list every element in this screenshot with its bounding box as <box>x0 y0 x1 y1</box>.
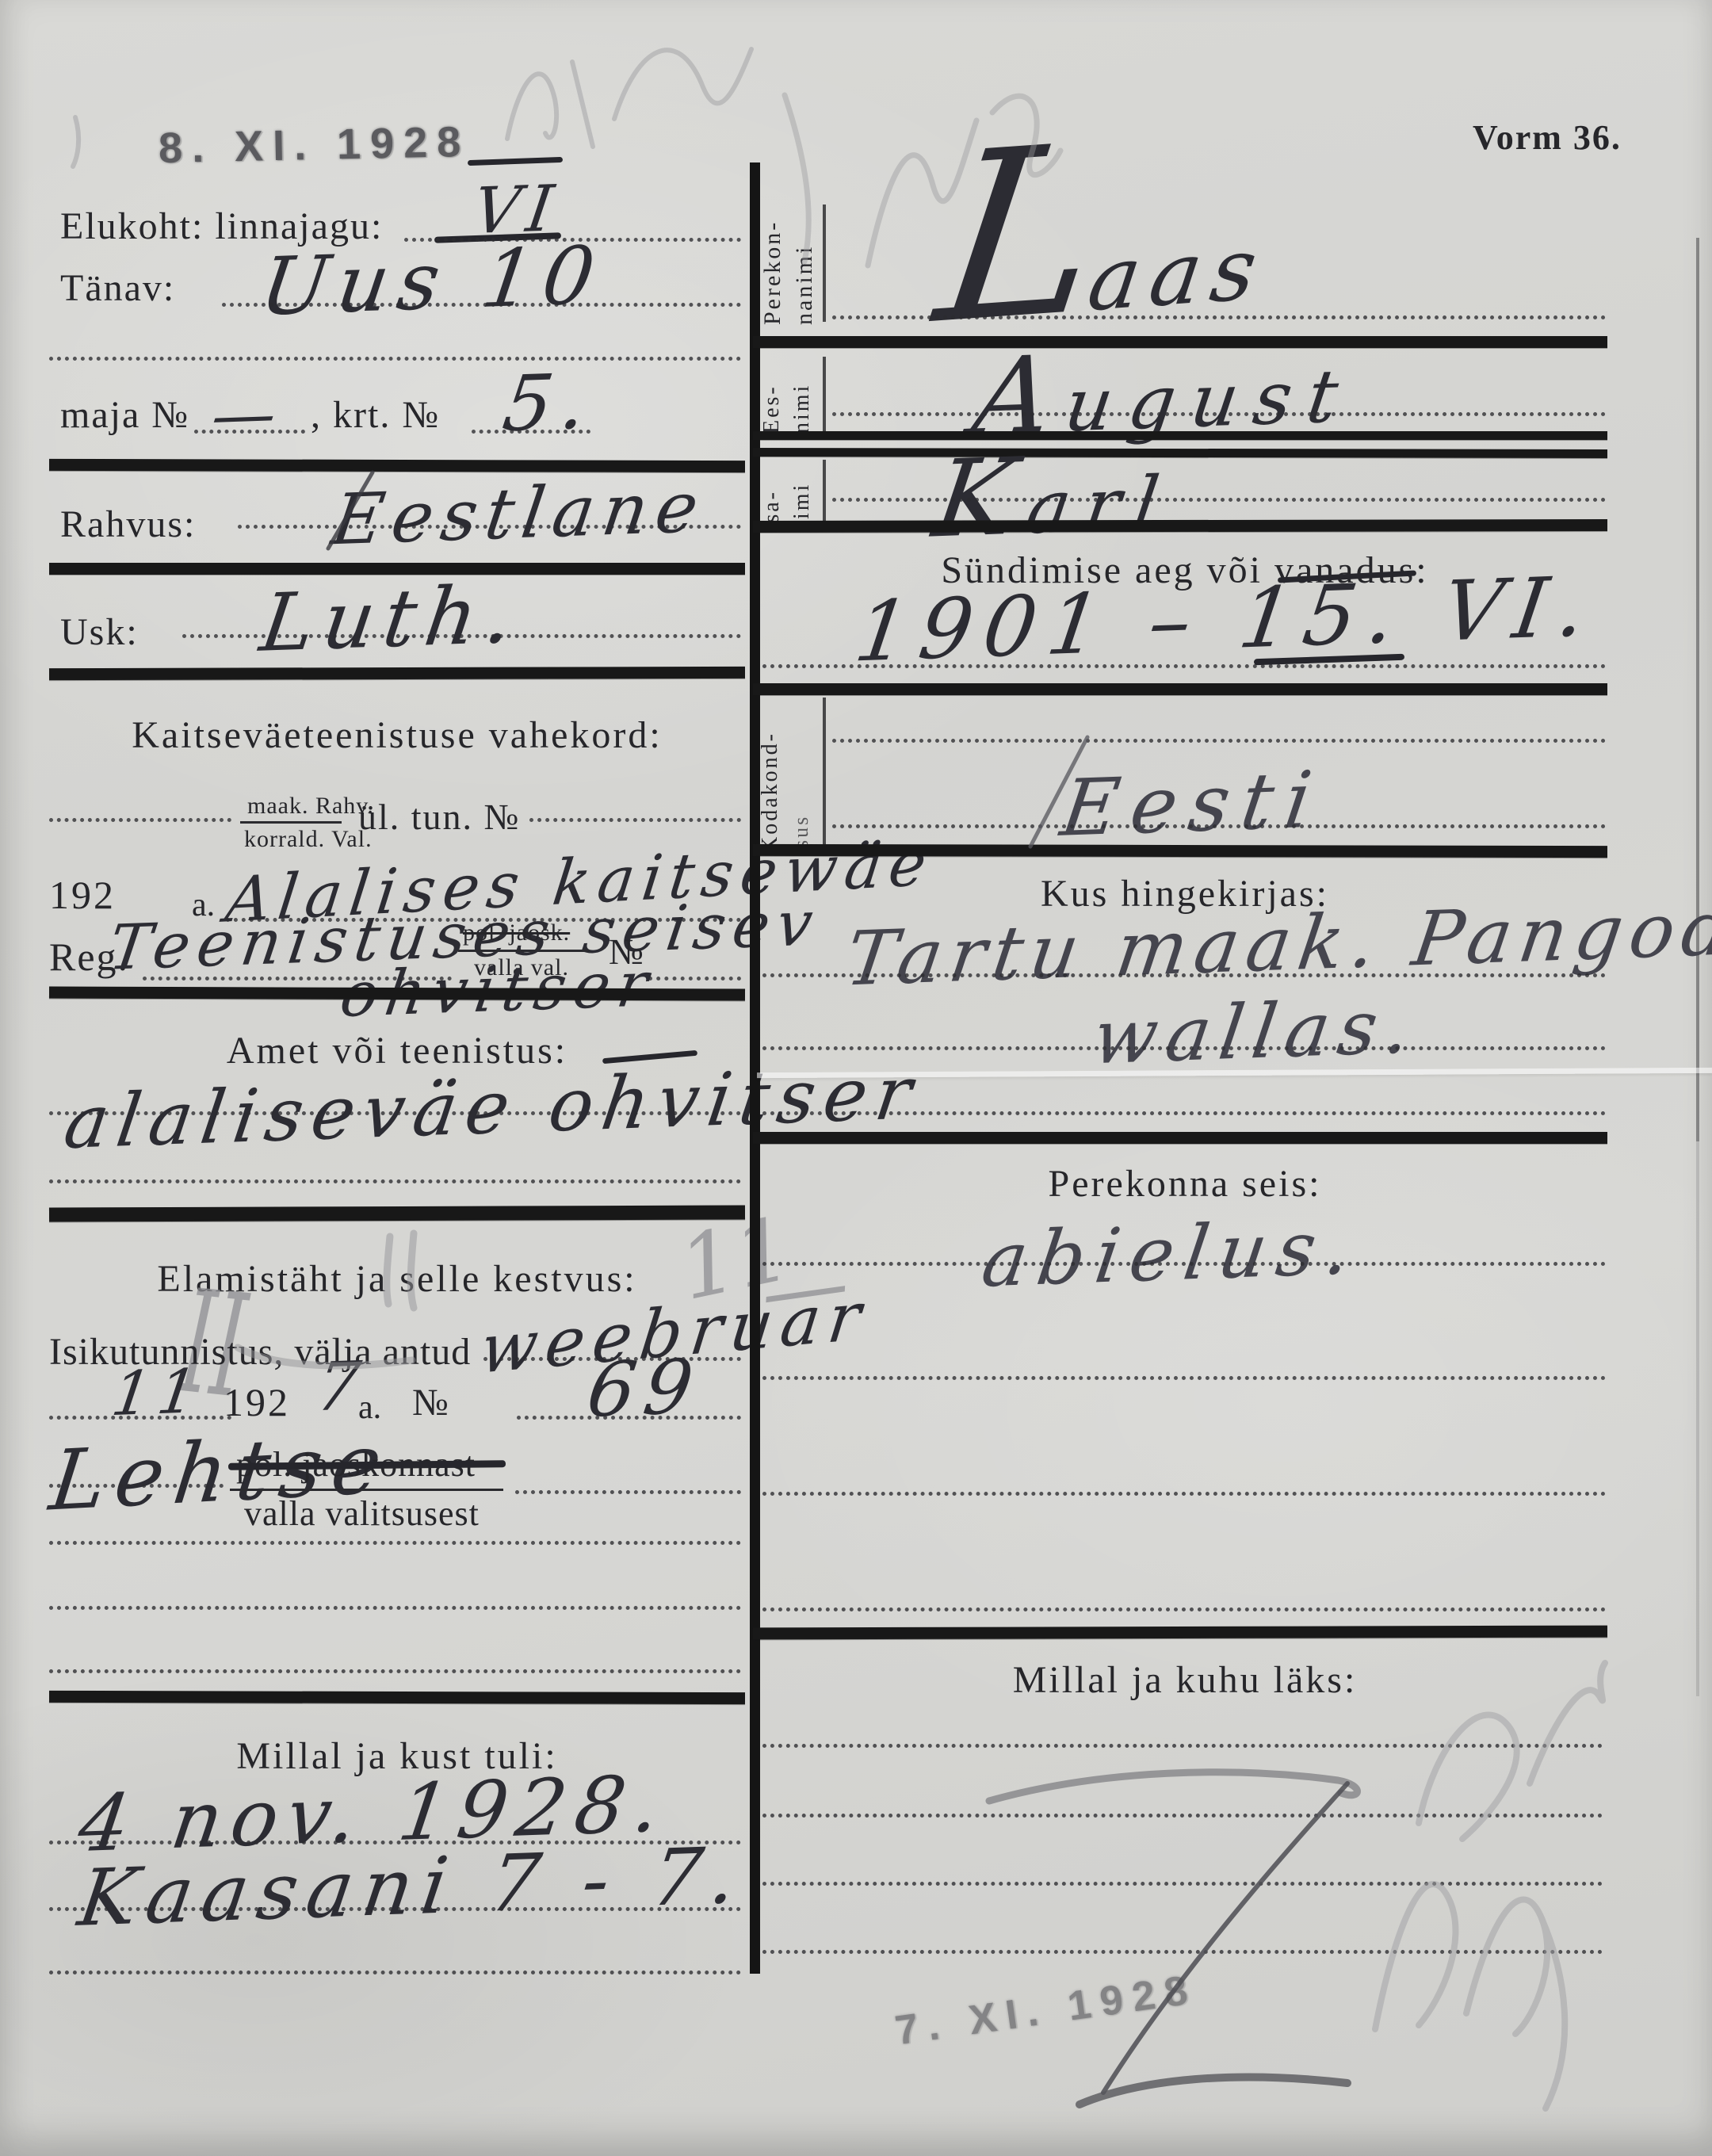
cell-separator <box>823 698 826 848</box>
scanned-form-page: 8. XI. 1928 Vorm 36. Elukoht: linnajagu:… <box>0 0 1712 2156</box>
dotted-line <box>762 1046 1606 1050</box>
field-usk-value: Luth. <box>255 568 528 670</box>
pencil-z-diagonal <box>1103 1783 1347 2093</box>
label-isik-year: 192 <box>224 1379 290 1425</box>
date-stamp-left: 7. XI. 1928 <box>892 1966 1200 2055</box>
field-isik-label: Isikutunnistus, välja antud <box>49 1330 471 1374</box>
cell-label-perekonnanimi-1: Perekon- <box>759 159 786 325</box>
field-maja-label: maja № <box>60 393 189 437</box>
section-rule <box>49 986 745 1000</box>
form-right-border-faint <box>1696 1141 1699 1696</box>
dotted-line <box>49 1541 741 1545</box>
field-hinge-line2: wallas. <box>1087 984 1424 1082</box>
label-ul-tun-no: ül. tun. № <box>358 796 520 838</box>
dotted-line <box>762 1262 1606 1266</box>
dotted-line <box>49 1971 741 1974</box>
field-rahvus-label: Rahvus: <box>60 503 196 546</box>
dotted-line <box>832 498 1606 502</box>
section-heading-laks: Millal ja kuhu läks: <box>762 1658 1607 1702</box>
section-rule <box>753 683 1607 695</box>
overbar-vi <box>468 157 563 166</box>
field-krt-label: , krt. № <box>311 393 440 437</box>
dotted-line <box>49 1111 741 1115</box>
section-heading-seis: Perekonna seis: <box>762 1162 1607 1206</box>
field-isik-no-value: 69 <box>582 1344 706 1435</box>
dotted-line <box>49 1907 741 1911</box>
dotted-line <box>762 1607 1606 1611</box>
section-rule <box>753 844 1607 858</box>
dotted-line <box>49 1606 741 1610</box>
dotted-line <box>238 525 741 529</box>
dotted-line <box>762 1950 1603 1954</box>
field-tanav-value: Uus 10 <box>255 228 610 334</box>
dotted-line <box>49 1669 741 1673</box>
label-year-192: 192 <box>49 872 116 918</box>
label-isik-no: № <box>412 1381 449 1424</box>
dotted-line <box>472 430 590 434</box>
dotted-line <box>49 357 741 361</box>
form-number: Vorm 36. <box>1473 117 1622 158</box>
fraction-rule <box>230 1489 503 1491</box>
dotted-line <box>648 977 741 981</box>
dotted-line <box>517 1416 741 1420</box>
section-rule <box>753 1626 1607 1640</box>
field-krt-value: 5. <box>498 357 601 449</box>
section-rule <box>49 667 745 680</box>
dotted-line <box>49 1484 224 1488</box>
pencil-z-top <box>989 1772 1358 1801</box>
dotted-line <box>762 1814 1603 1818</box>
dotted-line <box>832 739 1606 743</box>
cell-separator <box>823 205 826 322</box>
dotted-line <box>49 1179 741 1183</box>
dotted-line <box>832 824 1606 828</box>
field-seis-value: abielus. <box>976 1204 1366 1304</box>
dotted-line <box>762 1882 1603 1886</box>
dotted-line <box>49 1416 231 1420</box>
field-rahvus-value: Eestlane <box>327 466 712 561</box>
label-pol-jaosk: pol. jaosk. <box>463 919 570 946</box>
field-tanav-label: Tänav: <box>60 266 175 310</box>
dotted-line <box>762 1492 1606 1496</box>
cell-label-perekonnanimi-2: nanimi <box>791 170 818 325</box>
section-heading-kaitse: Kaitseväeteenistuse vahekord: <box>49 713 745 757</box>
cell-label-kodakondsus-2: sus <box>789 753 813 848</box>
section-rule <box>49 1691 745 1704</box>
form-right-border <box>1696 238 1699 1141</box>
section-rule <box>753 1132 1607 1144</box>
dotted-line <box>194 430 305 434</box>
dotted-line <box>762 973 1606 977</box>
dotted-line <box>762 1376 1606 1380</box>
section-rule <box>753 519 1607 533</box>
section-rule <box>753 448 1607 458</box>
cell-label-kodakondsus-1: Kodakond- <box>758 694 783 853</box>
field-usk-label: Usk: <box>60 610 139 654</box>
date-stamp-received: 8. XI. 1928 <box>158 117 470 173</box>
fraction-rule <box>240 821 342 824</box>
label-valla-valitsusest: valla valitsusest <box>244 1493 480 1534</box>
pencil-z-bottom <box>1080 2078 1347 2104</box>
label-korrald-val: korrald. Val. <box>244 826 373 853</box>
section-rule <box>49 1205 745 1221</box>
field-isanimi-value: Karl <box>927 430 1183 561</box>
dotted-line <box>222 303 741 307</box>
dotted-line <box>49 818 231 822</box>
cell-label-eesnimi-2: nimi <box>789 358 815 434</box>
cell-label-eesnimi-1: Ees- <box>759 358 785 434</box>
dotted-line <box>832 315 1606 319</box>
cell-separator <box>823 357 826 432</box>
field-kodakondsus-value: Eesti <box>1056 755 1329 854</box>
dotted-line <box>762 1111 1606 1115</box>
dotted-line <box>762 664 1606 668</box>
dotted-line <box>182 634 741 638</box>
section-heading-elamistaht: Elamistäht ja selle kestvus: <box>49 1257 745 1301</box>
dotted-line <box>832 412 1606 416</box>
dotted-line <box>762 1744 1603 1748</box>
field-maja-value: — <box>207 376 289 453</box>
dotted-line <box>529 818 741 822</box>
label-maak-rahv: maak. Rahv. <box>247 793 374 820</box>
dotted-line <box>515 1490 741 1494</box>
